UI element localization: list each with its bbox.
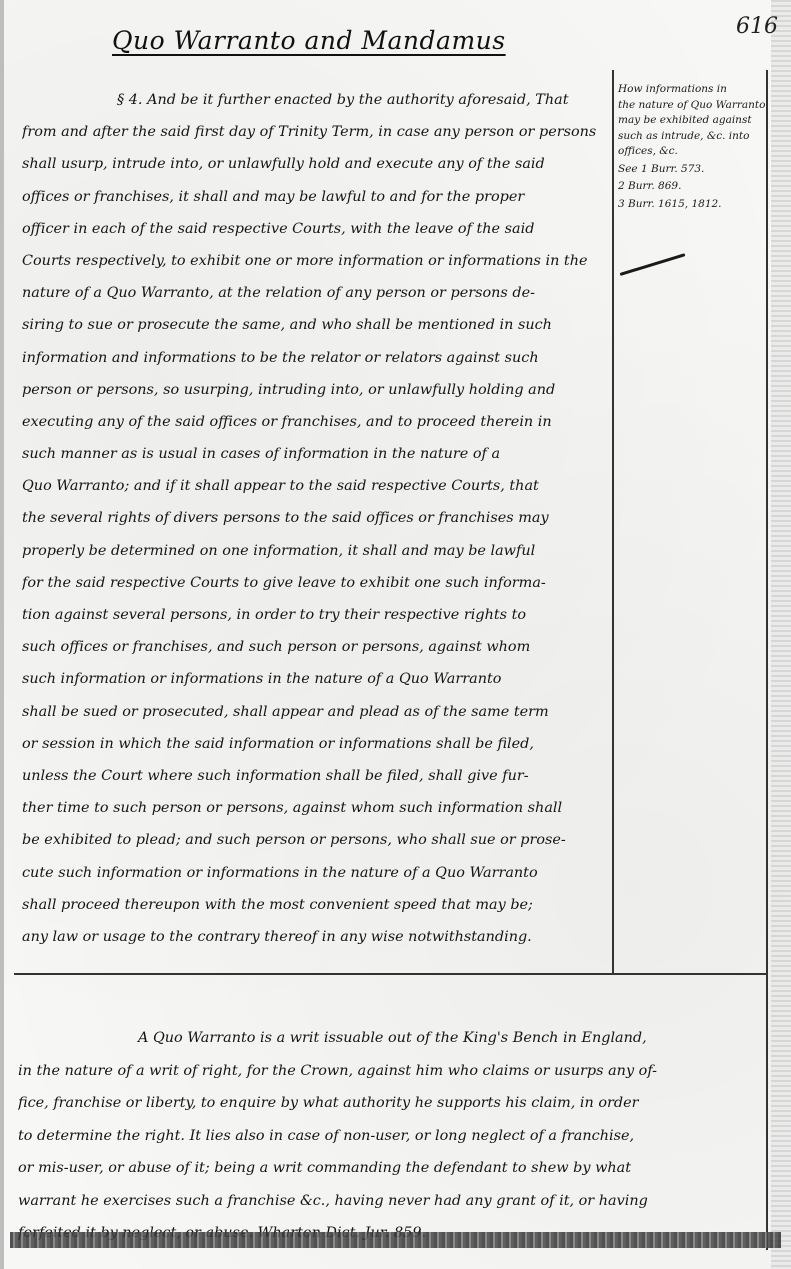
statute-line: unless the Court where such information … bbox=[22, 760, 614, 792]
commentary-line: A Quo Warranto is a writ issuable out of… bbox=[18, 1022, 758, 1055]
statute-line: Quo Warranto; and if it shall appear to … bbox=[22, 470, 614, 502]
margin-note-line: may be exhibited against bbox=[618, 113, 766, 129]
commentary-line: to determine the right. It lies also in … bbox=[18, 1120, 758, 1153]
scan-bottom-shadow bbox=[10, 1232, 781, 1248]
statute-line: for the said respective Courts to give l… bbox=[22, 567, 614, 599]
statute-line: offices or franchises, it shall and may … bbox=[22, 181, 614, 213]
statute-line: shall be sued or prosecuted, shall appea… bbox=[22, 696, 614, 728]
statute-line: be exhibited to plead; and such person o… bbox=[22, 824, 614, 856]
statute-line: the several rights of divers persons to … bbox=[22, 502, 614, 534]
margin-citation: 3 Burr. 1615, 1812. bbox=[618, 197, 766, 213]
statute-line: information and informations to be the r… bbox=[22, 342, 614, 374]
statute-line: person or persons, so usurping, intrudin… bbox=[22, 374, 614, 406]
statute-line: or session in which the said information… bbox=[22, 728, 614, 760]
margin-citation: 2 Burr. 869. bbox=[618, 179, 766, 195]
statute-line: cute such information or informations in… bbox=[22, 857, 614, 889]
statute-line: such manner as is usual in cases of info… bbox=[22, 438, 614, 470]
statute-text: § 4. And be it further enacted by the au… bbox=[22, 84, 614, 953]
page-left-edge bbox=[0, 0, 4, 1269]
commentary-line: in the nature of a writ of right, for th… bbox=[18, 1055, 758, 1088]
statute-line: nature of a Quo Warranto, at the relatio… bbox=[22, 277, 614, 309]
statute-line: officer in each of the said respective C… bbox=[22, 213, 614, 245]
statute-line: any law or usage to the contrary thereof… bbox=[22, 921, 614, 953]
commentary-line: or mis-user, or abuse of it; being a wri… bbox=[18, 1152, 758, 1185]
manuscript-page: 616 Quo Warranto and Mandamus § 4. And b… bbox=[0, 0, 791, 1269]
statute-line: Courts respectively, to exhibit one or m… bbox=[22, 245, 614, 277]
statute-line: tion against several persons, in order t… bbox=[22, 599, 614, 631]
statute-line: executing any of the said offices or fra… bbox=[22, 406, 614, 438]
margin-note-line: How informations in bbox=[618, 82, 766, 98]
margin-note-line: the nature of Quo Warranto bbox=[618, 98, 766, 114]
statute-line: shall usurp, intrude into, or unlawfully… bbox=[22, 148, 614, 180]
statute-line: ther time to such person or persons, aga… bbox=[22, 792, 614, 824]
commentary-line: fice, franchise or liberty, to enquire b… bbox=[18, 1087, 758, 1120]
section-divider bbox=[14, 973, 767, 975]
margin-note-line: such as intrude, &c. into bbox=[618, 129, 766, 145]
statute-line: from and after the said first day of Tri… bbox=[22, 116, 614, 148]
statute-line: shall proceed thereupon with the most co… bbox=[22, 889, 614, 921]
statute-line: § 4. And be it further enacted by the au… bbox=[22, 84, 614, 116]
statute-line: properly be determined on one informatio… bbox=[22, 535, 614, 567]
margin-pen-stroke bbox=[620, 253, 686, 276]
statute-line: such offices or franchises, and such per… bbox=[22, 631, 614, 663]
margin-divider-right bbox=[766, 70, 768, 1250]
page-title: Quo Warranto and Mandamus bbox=[112, 26, 506, 55]
commentary-text: A Quo Warranto is a writ issuable out of… bbox=[18, 1022, 758, 1250]
page-right-edge-noise bbox=[771, 0, 791, 1269]
statute-line: such information or informations in the … bbox=[22, 663, 614, 695]
margin-citation: See 1 Burr. 573. bbox=[618, 162, 766, 178]
margin-note-line: offices, &c. bbox=[618, 144, 766, 160]
margin-note: How informations in the nature of Quo Wa… bbox=[618, 82, 766, 212]
page-number: 616 bbox=[736, 14, 778, 39]
statute-line: siring to sue or prosecute the same, and… bbox=[22, 309, 614, 341]
commentary-line: warrant he exercises such a franchise &c… bbox=[18, 1185, 758, 1218]
